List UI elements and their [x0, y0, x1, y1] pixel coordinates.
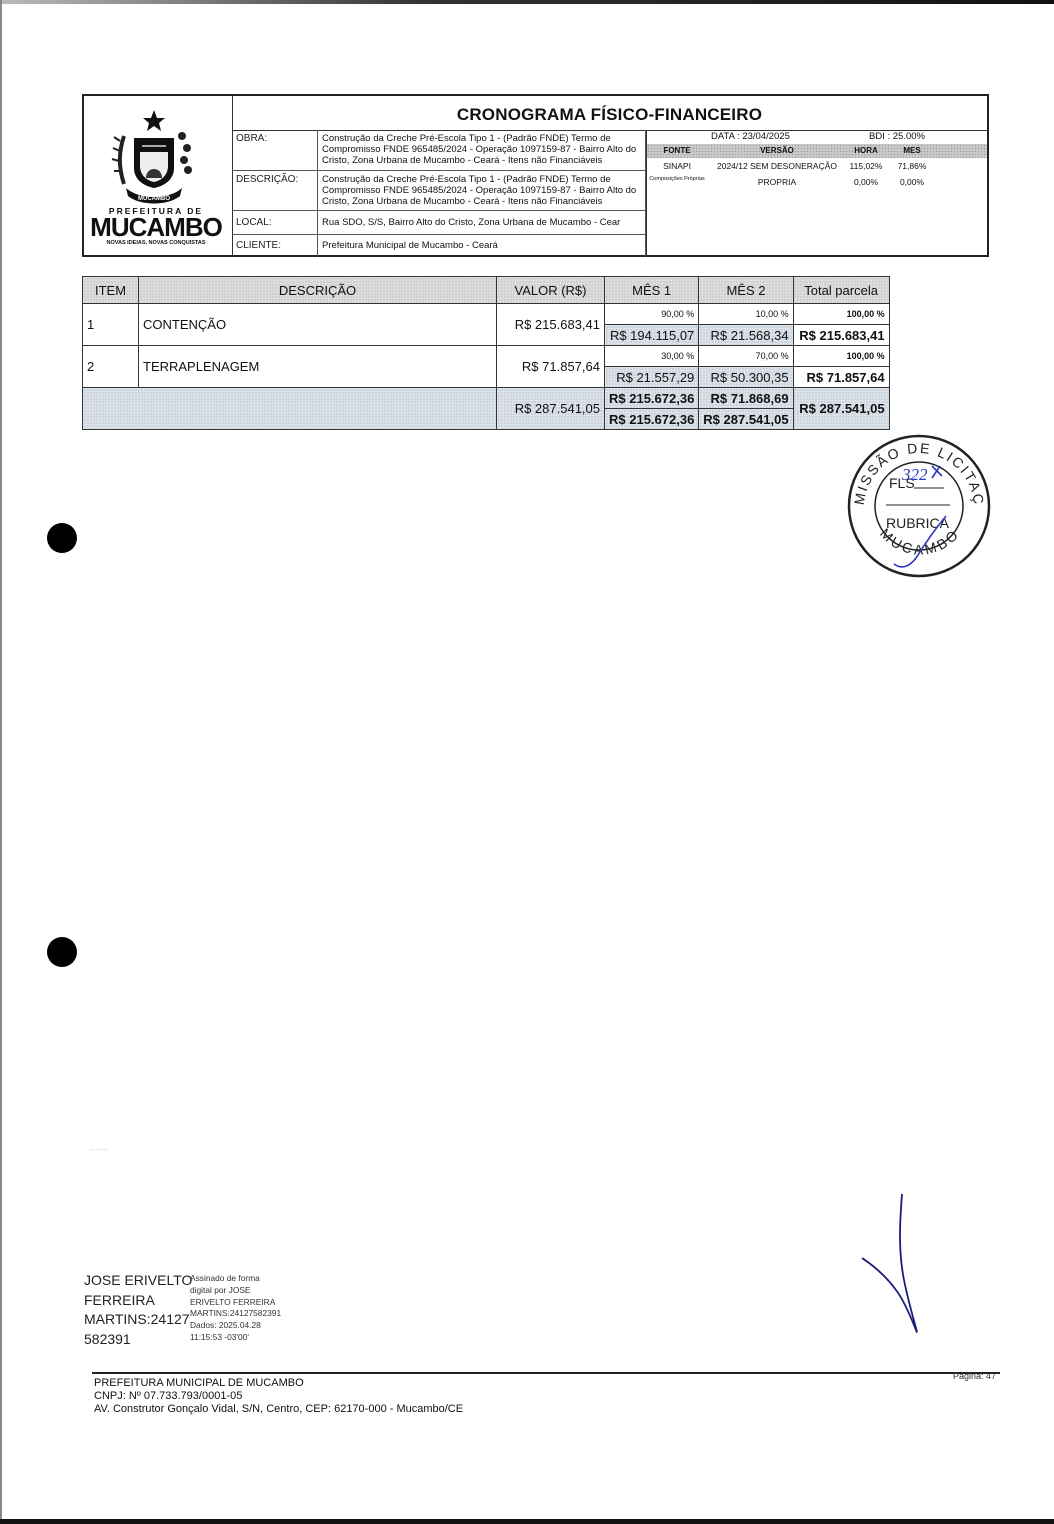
- column-header: ITEM: [83, 277, 139, 304]
- field-label: DESCRIÇÃO:: [232, 170, 318, 210]
- month2-value: R$ 50.300,35: [699, 367, 793, 388]
- info-row-descricao: DESCRIÇÃO: Construção da Creche Pré-Esco…: [232, 170, 646, 210]
- budget-meta-panel: DATA : 23/04/2025 BDI : 25.00% FONTE VER…: [646, 130, 987, 255]
- scan-edge-bottom: [0, 1519, 1054, 1524]
- item-value: R$ 215.683,41: [497, 304, 605, 346]
- totals-label-cell: [83, 388, 497, 430]
- total-value: R$ 71.857,64: [793, 367, 889, 388]
- stamp-page-number: 322: [901, 465, 928, 484]
- month2-percent: 70,00 %: [699, 346, 793, 367]
- punch-hole-icon: [47, 937, 77, 967]
- month1-percent: 90,00 %: [605, 304, 699, 325]
- column-header: MÊS 1: [605, 277, 699, 304]
- item-description: CONTENÇÃO: [139, 304, 497, 346]
- table-row: 2 TERRAPLENAGEM R$ 71.857,64 30,00 % 70,…: [83, 346, 890, 367]
- month2-value: R$ 21.568,34: [699, 325, 793, 346]
- document-header: MUCAMBO PREFEITURA DE MUCAMBO NOVAS IDEI…: [82, 94, 989, 257]
- field-label: CLIENTE:: [232, 234, 318, 257]
- info-row-obra: OBRA: Construção da Creche Pré-Escola Ti…: [232, 130, 646, 170]
- item-description: TERRAPLENAGEM: [139, 346, 497, 388]
- date-label: DATA : 23/04/2025: [711, 130, 790, 144]
- bidding-commission-stamp: COMISSÃO DE LICITAÇÃO MUCAMBO FLS RUBRIC…: [844, 432, 994, 580]
- column-header: VALOR (R$): [497, 277, 605, 304]
- svg-text:MUCAMBO: MUCAMBO: [90, 212, 222, 242]
- item-number: 2: [83, 346, 139, 388]
- digital-signature-details: Assinado de forma digital por JOSE ERIVE…: [190, 1273, 281, 1344]
- item-number: 1: [83, 304, 139, 346]
- month2-cumulative-total: R$ 287.541,05: [699, 409, 793, 430]
- page-number: Página: 47: [953, 1371, 996, 1381]
- grand-total-value: R$ 287.541,05: [497, 388, 605, 430]
- punch-hole-icon: [47, 523, 77, 553]
- field-value: Prefeitura Municipal de Mucambo - Ceará: [318, 234, 646, 257]
- month2-period-total: R$ 71.868,69: [699, 388, 793, 409]
- info-row-cliente: CLIENTE: Prefeitura Municipal de Mucambo…: [232, 234, 646, 257]
- signer-name: JOSE ERIVELTO FERREIRA MARTINS:24127 582…: [84, 1271, 192, 1349]
- meta-row-sinapi: SINAPI 2024/12 SEM DESONERAÇÃO 115,02% 7…: [647, 158, 987, 174]
- coat-of-arms-icon: MUCAMBO PREFEITURA DE MUCAMBO NOVAS IDEI…: [84, 96, 232, 255]
- scan-speck: ～～～: [90, 1145, 108, 1154]
- total-percent: 100,00 %: [793, 346, 889, 367]
- total-value: R$ 215.683,41: [793, 325, 889, 346]
- table-row: 1 CONTENÇÃO R$ 215.683,41 90,00 % 10,00 …: [83, 304, 890, 325]
- footer-cnpj: CNPJ: Nº 07.733.793/0001-05: [94, 1390, 463, 1403]
- schedule-table: ITEM DESCRIÇÃO VALOR (R$) MÊS 1 MÊS 2 To…: [82, 276, 890, 430]
- field-value: Construção da Creche Pré-Escola Tipo 1 -…: [318, 130, 646, 170]
- month1-cumulative-total: R$ 215.672,36: [605, 409, 699, 430]
- field-label: OBRA:: [232, 130, 318, 170]
- overall-total: R$ 287.541,05: [793, 388, 889, 430]
- field-value: Rua SDO, S/S, Bairro Alto do Cristo, Zon…: [318, 210, 646, 234]
- footer-divider: [92, 1372, 1000, 1374]
- svg-text:NOVAS IDEIAS, NOVAS CONQUISTAS: NOVAS IDEIAS, NOVAS CONQUISTAS: [106, 240, 205, 246]
- item-value: R$ 71.857,64: [497, 346, 605, 388]
- scan-edge-top: [0, 0, 1054, 4]
- meta-header-row: FONTE VERSÃO HORA MES: [647, 144, 987, 158]
- footer-org: PREFEITURA MUNICIPAL DE MUCAMBO: [94, 1377, 463, 1390]
- column-header: Total parcela: [793, 277, 889, 304]
- info-row-local: LOCAL: Rua SDO, S/S, Bairro Alto do Cris…: [232, 210, 646, 234]
- month1-period-total: R$ 215.672,36: [605, 388, 699, 409]
- meta-row-proprias: Composições Próprias PROPRIA 0,00% 0,00%: [647, 174, 987, 190]
- project-info-table: OBRA: Construção da Creche Pré-Escola Ti…: [232, 130, 646, 257]
- month2-percent: 10,00 %: [699, 304, 793, 325]
- month1-percent: 30,00 %: [605, 346, 699, 367]
- column-header: DESCRIÇÃO: [139, 277, 497, 304]
- month1-value: R$ 194.115,07: [605, 325, 699, 346]
- field-label: LOCAL:: [232, 210, 318, 234]
- page-title: CRONOGRAMA FÍSICO-FINANCEIRO: [232, 96, 987, 131]
- svg-text:MUCAMBO: MUCAMBO: [138, 196, 170, 202]
- municipality-logo: MUCAMBO PREFEITURA DE MUCAMBO NOVAS IDEI…: [84, 96, 233, 255]
- column-header: MÊS 2: [699, 277, 793, 304]
- footer-address: AV. Construtor Gonçalo Vidal, S/N, Centr…: [94, 1403, 463, 1416]
- handwritten-signature-icon: [860, 1190, 930, 1340]
- total-percent: 100,00 %: [793, 304, 889, 325]
- table-header-row: ITEM DESCRIÇÃO VALOR (R$) MÊS 1 MÊS 2 To…: [83, 277, 890, 304]
- scan-edge-left: [0, 0, 2, 1524]
- month1-value: R$ 21.557,29: [605, 367, 699, 388]
- bdi-label: BDI : 25.00%: [869, 130, 925, 144]
- totals-row: R$ 287.541,05 R$ 215.672,36 R$ 71.868,69…: [83, 388, 890, 409]
- field-value: Construção da Creche Pré-Escola Tipo 1 -…: [318, 170, 646, 210]
- footer-address-block: PREFEITURA MUNICIPAL DE MUCAMBO CNPJ: Nº…: [94, 1377, 463, 1416]
